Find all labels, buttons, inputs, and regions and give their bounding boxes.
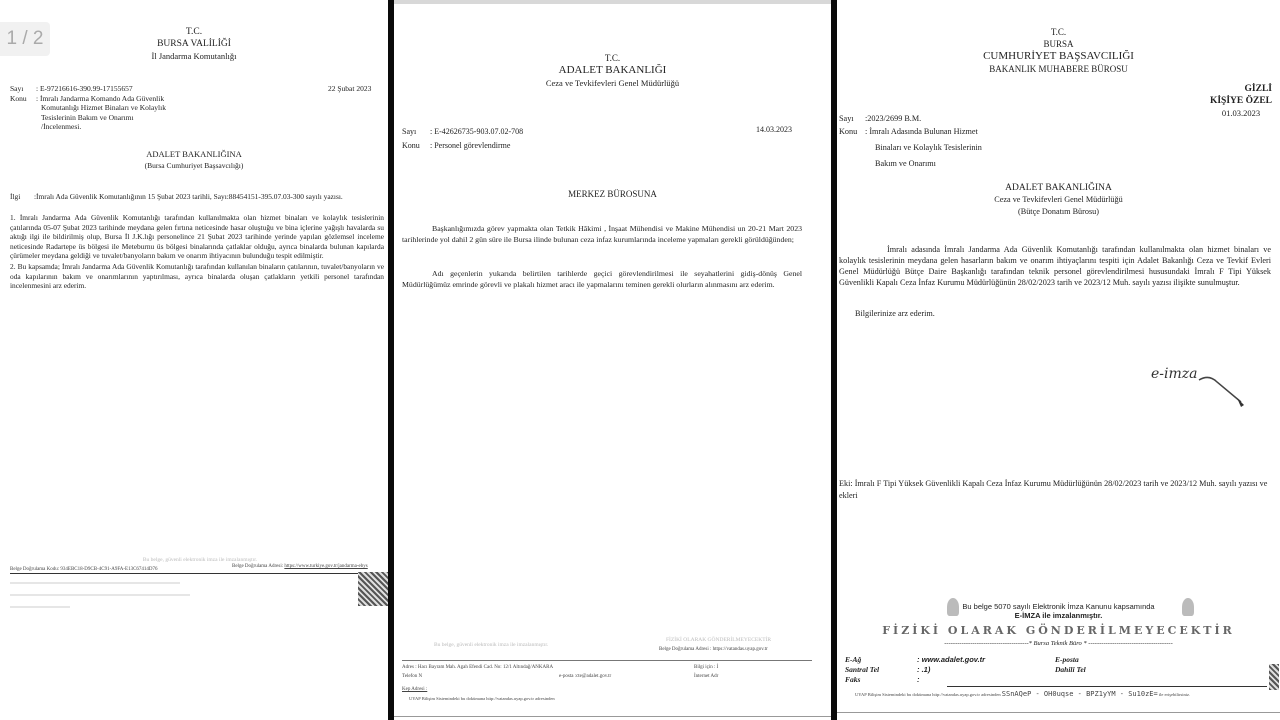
doc1-recipient-sub: (Bursa Cumhuriyet Başsavcılığı) [0, 160, 388, 171]
doc2-date: 14.03.2023 [756, 125, 792, 135]
doc1-date: 22 Şubat 2023 [328, 84, 371, 94]
doc3-classification-1: GİZLİ [1210, 83, 1272, 95]
e-ag-value[interactable]: : www.adalet.gov.tr [917, 655, 985, 665]
doc1-ilgi: İlgi :İmralı Ada Güvenlik Komutanlığının… [10, 192, 384, 202]
doc2-info-label: Bilgi için : İ [694, 664, 718, 671]
doc1-institution: BURSA VALİLİĞİ [0, 38, 388, 50]
doc2-recipient: MERKEZ BÜROSUNA [394, 189, 831, 199]
doc3-classification-2: KİŞİYE ÖZEL [1210, 95, 1272, 107]
stamp-line-1: Bu belge 5070 sayılı Elektronik İmza Kan… [837, 602, 1280, 611]
doc2-konu-label: Konu [402, 139, 430, 153]
doc2-address: Adres : Hacı Bayram Mah. Agah Efendi Cad… [402, 664, 553, 671]
faks-label: Faks [845, 675, 879, 685]
stamp-line-2: E-İMZA ile imzalanmıştır. [837, 611, 1280, 620]
konu-line: Bakım ve Onarımı [865, 157, 982, 170]
verify-address-label: Belge Doğrulama Adresi: [232, 564, 283, 569]
doc3-header: T.C. BURSA CUMHURİYET BAŞSAVCILIĞI BAKAN… [837, 26, 1280, 75]
doc3-paragraph-1: İmralı adasında İmralı Jandarma Ada Güve… [839, 244, 1271, 288]
doc1-recipient-block: ADALET BAKANLIĞINA (Bursa Cumhuriyet Baş… [0, 149, 388, 171]
doc2-tc: T.C. [394, 52, 831, 64]
doc3-recipient-sub2: (Bütçe Donatım Bürosu) [837, 206, 1280, 218]
doc1-recipient: ADALET BAKANLIĞINA [0, 149, 388, 160]
doc1-konu-label: Konu [10, 94, 36, 132]
doc3-closing: Bilgilerinize arz ederim. [855, 309, 935, 318]
doc3-classification: GİZLİ KİŞİYE ÖZEL 01.03.2023 [1210, 83, 1272, 119]
konu-line: Tesislerinin Bakım ve Onarımı [36, 113, 166, 123]
doc3-institution: CUMHURİYET BAŞSAVCILIĞI [837, 50, 1280, 63]
doc2-phone-label: Telefon N [402, 673, 422, 680]
doc2-uyap-note: UYAP Bilişim Sistemindeki bu dokümana ht… [409, 695, 555, 702]
doc3-konu-label: Konu [839, 125, 865, 170]
document-page-2: T.C. ADALET BAKANLIĞI Ceza ve Tevkifevle… [394, 0, 831, 720]
konu-line: : İmralı Adasında Bulunan Hizmet [865, 125, 982, 138]
doc3-recipient-block: ADALET BAKANLIĞINA Ceza ve Tevkifevleri … [837, 182, 1280, 218]
konu-line: Binaları ve Kolaylık Tesislerinin [865, 141, 982, 154]
doc1-konu-value: : İmralı Jandarma Komando Ada Güvenlik K… [36, 94, 166, 132]
doc2-sayi-value: : E-42626735-903.07.02-708 [430, 127, 523, 136]
doc3-city: BURSA [837, 38, 1280, 50]
eposta-label: E-posta [1055, 655, 1086, 665]
doc1-department: İl Jandarma Komutanlığı [0, 50, 388, 62]
doc3-recipient-sub: Ceza ve Tevkifevleri Genel Müdürlüğü [837, 194, 1280, 206]
konu-line: : İmralı Jandarma Komando Ada Güvenlik [36, 94, 166, 104]
doc3-uyap-code: SSnAQeP - OH0uqse - BPZ1yYM - Su10zE= [1002, 690, 1158, 698]
doc3-department: BAKANLIK MUHABERE BÜROSU [837, 63, 1280, 75]
doc2-department: Ceza ve Tevkifevleri Genel Müdürlüğü [394, 77, 831, 89]
doc2-paragraph-2: Adı geçenlerin yukarıda belirtilen tarih… [402, 269, 802, 290]
doc3-uyap-line: UYAP Bilişim Sistemindeki bu dokümana ht… [855, 690, 1190, 698]
doc3-tc: T.C. [837, 26, 1280, 38]
santral-label: Santral Tel [845, 665, 879, 675]
doc3-konu-value: : İmralı Adasında Bulunan Hizmet Binalar… [865, 125, 982, 170]
doc1-verify-address-block: Belge Doğrulama Adresi: https://www.turk… [232, 563, 368, 570]
doc1-sayi-label: Sayı [10, 84, 36, 94]
doc1-ilgi-label: İlgi [10, 192, 34, 202]
document-page-1: T.C. BURSA VALİLİĞİ İl Jandarma Komutanl… [0, 0, 388, 720]
doc3-uyap-note: UYAP Bilişim Sistemindeki bu dokümana ht… [855, 692, 1001, 697]
doc1-verify-code: Belge Doğrulama Kodu: 934EBC18-D9CB-4C91… [10, 566, 158, 573]
doc3-office: ---------------------------------------*… [837, 640, 1280, 647]
doc2-kep-label: Kep Adresi : [402, 686, 427, 693]
faks-value: : [917, 675, 985, 685]
doc1-qr-code [358, 572, 388, 606]
doc1-sayi-value: : E-97216616-390.99-17155657 [36, 84, 133, 93]
doc2-verify-address[interactable]: Belge Doğrulama Adresi : https://vatanda… [659, 646, 768, 653]
doc3-physical-note: FİZİKİ OLARAK GÖNDERİLMEYECEKTİR [837, 624, 1280, 637]
santral-value: : .1) [917, 665, 985, 675]
doc2-meta: Sayı: E-42626735-903.07.02-708 Konu: Per… [402, 125, 523, 153]
doc1-tc: T.C. [0, 26, 388, 38]
doc3-meta: Sayı:2023/2699 B.M. Konu : İmralı Adasın… [839, 112, 982, 170]
doc1-verify-link[interactable]: https://www.turkiye.gov.tr/jandarma-ebys [284, 564, 367, 569]
doc3-date: 01.03.2023 [1210, 107, 1272, 119]
doc3-contact-labels: E-Ağ Santral Tel Faks [845, 655, 879, 685]
doc3-sayi-label: Sayı [839, 112, 865, 125]
dahili-label: Dahili Tel [1055, 665, 1086, 675]
doc1-meta: Sayı: E-97216616-390.99-17155657 Konu : … [10, 84, 166, 132]
doc2-physical-note: FİZİKİ OLARAK GÖNDERİLMEYECEKTİR [666, 637, 771, 643]
page-counter: 1 / 2 [0, 22, 50, 56]
doc1-header: T.C. BURSA VALİLİĞİ İl Jandarma Komutanl… [0, 26, 388, 62]
doc3-qr-code [1269, 664, 1279, 690]
doc1-paragraph-1: 1. İmralı Jandarma Ada Güvenlik Komutanl… [10, 213, 384, 261]
doc2-sayi-label: Sayı [402, 125, 430, 139]
doc3-attachment: Eki: İmralı F Tipi Yüksek Güvenlikli Kap… [839, 478, 1271, 502]
doc2-internet-label: İnternet Adr [694, 673, 718, 680]
konu-line: /İncelenmesi. [36, 122, 166, 132]
doc3-contact-values: : www.adalet.gov.tr : .1) : [917, 655, 985, 685]
konu-line: Komutanlığı Hizmet Binaları ve Kolaylık [36, 103, 166, 113]
doc3-uyap-suffix: ile erişebilirsiniz. [1159, 692, 1190, 697]
doc3-contact-labels-right: E-posta Dahili Tel [1055, 655, 1086, 675]
doc3-sayi-value: :2023/2699 B.M. [865, 114, 921, 123]
doc2-footer-note: Bu belge, güvenli elektronik imza ile im… [434, 642, 548, 648]
doc2-konu-value: : Personel görevlendirme [430, 141, 510, 150]
doc3-signature: e-imza [1151, 366, 1198, 382]
doc2-institution: ADALET BAKANLIĞI [394, 64, 831, 77]
doc1-paragraph-2: 2. Bu kapsamda; İmralı Jandarma Ada Güve… [10, 262, 384, 291]
pen-icon [1197, 372, 1247, 408]
doc2-email: e-posta :cte@adalet.gov.tr [559, 673, 611, 680]
doc3-esign-stamp: Bu belge 5070 sayılı Elektronik İmza Kan… [837, 602, 1280, 620]
e-ag-label: E-Ağ [845, 655, 879, 665]
doc2-header: T.C. ADALET BAKANLIĞI Ceza ve Tevkifevle… [394, 52, 831, 89]
doc1-ilgi-value: :İmralı Ada Güvenlik Komutanlığının 15 Ş… [34, 192, 343, 202]
doc2-paragraph-1: Başkanlığımızda görev yapmakta olan Tetk… [402, 224, 802, 245]
document-page-3: T.C. BURSA CUMHURİYET BAŞSAVCILIĞI BAKAN… [837, 0, 1280, 720]
doc3-recipient: ADALET BAKANLIĞINA [837, 182, 1280, 194]
